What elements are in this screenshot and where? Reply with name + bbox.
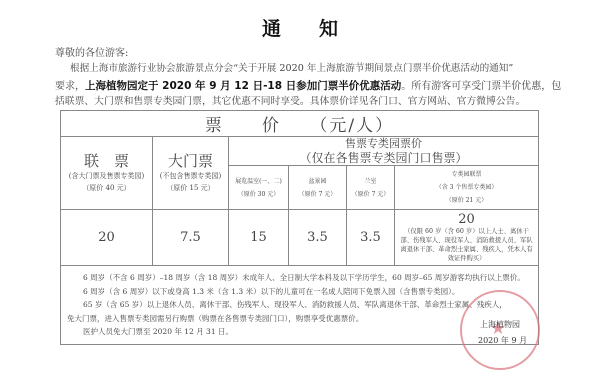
gate-ticket-price: 7.5 xyxy=(153,210,229,266)
garden-orchid-name: 兰室 xyxy=(347,175,394,188)
signature-org: 上海植物园 xyxy=(480,319,520,330)
garden-orchid-price: 3.5 xyxy=(347,210,395,266)
garden-combo-note: （仅限 60 岁（含 60 岁）以上人士、离休干部、伤残军人、现役军人、消防救援… xyxy=(395,227,538,263)
garden-greenhouse-name: 展览温室(一、二) xyxy=(229,175,288,188)
table-header: 票 价 （元/人） xyxy=(61,111,539,137)
official-seal: ★ xyxy=(460,290,540,370)
paragraph-suffix: 。所有游客可享受门票半价优惠，包 xyxy=(401,81,561,92)
gate-ticket-header: 大门票 (不包含售票专类园) （原价 15 元） xyxy=(153,137,229,210)
garden-combo-price: 20 xyxy=(395,213,538,227)
gate-ticket-name: 大门票 xyxy=(153,152,228,170)
paragraph-line-1: 根据上海市旅游行业协会旅游景点分会“关于开展 2020 年上海旅游节期间景点门票… xyxy=(70,60,513,74)
special-garden-title: 售票专类园票价 xyxy=(229,137,538,151)
garden-combo-header: 专类园联票 （含 3 个售票专类园） （原价 21 元） xyxy=(395,166,539,210)
garden-greenhouse-header: 展览温室(一、二) （原价 30 元） xyxy=(229,166,289,210)
note-line: 65 岁（含 65 岁）以上退休人员、离休干部、伤残军人、现役军人、消防救援人员… xyxy=(67,298,532,312)
combo-ticket-header: 联 票 (含大门票及售票专类园) （原价 40 元） xyxy=(61,137,153,210)
garden-bonsai-name: 盆景园 xyxy=(289,175,346,188)
combo-ticket-desc: (含大门票及售票专类园) xyxy=(61,170,152,182)
note-line: 6 周岁（含 6 周岁）以下或身高 1.3 米（含 1.3 米）以下的儿童可在一… xyxy=(67,285,532,299)
gate-ticket-orig-price: （原价 15 元） xyxy=(153,182,228,194)
gate-ticket-desc: (不包含售票专类园) xyxy=(153,170,228,182)
garden-bonsai-orig: （原价 7 元） xyxy=(289,188,346,201)
special-garden-subtitle: （仅在各售票专类园门口售票） xyxy=(229,151,538,165)
special-garden-header: 售票专类园票价 （仅在各售票专类园门口售票） xyxy=(229,137,539,166)
paragraph-highlight: 上海植物园定于 2020 年 9 月 12 日-18 日参加门票半价优惠活动 xyxy=(85,80,401,92)
signature-date: 2020 年 9 月 xyxy=(478,335,527,346)
garden-combo-orig: （原价 21 元） xyxy=(395,194,538,207)
combo-ticket-name: 联 票 xyxy=(61,152,152,170)
salutation: 尊敬的各位游客: xyxy=(55,44,128,59)
garden-bonsai-price: 3.5 xyxy=(289,210,347,266)
garden-combo-price-cell: 20 （仅限 60 岁（含 60 岁）以上人士、离休干部、伤残军人、现役军人、消… xyxy=(395,210,539,266)
combo-ticket-orig-price: （原价 40 元） xyxy=(61,182,152,194)
garden-combo-name: 专类园联票 xyxy=(395,168,538,181)
notice-title: 通知 xyxy=(0,14,600,41)
garden-combo-desc: （含 3 个售票专类园） xyxy=(395,181,538,194)
garden-orchid-orig: （原价 7 元） xyxy=(347,188,394,201)
combo-ticket-price: 20 xyxy=(61,210,153,266)
paragraph-line-3: 括联票、大门票和售票专类园门票，其它优惠不同时享受。具体票价详见各门口、官方网站… xyxy=(55,93,525,107)
garden-greenhouse-orig: （原价 30 元） xyxy=(229,188,288,201)
note-line: 6 周岁（不含 6 周岁）–18 周岁（含 18 周岁）未成年人、全日制大学本科… xyxy=(67,271,532,285)
garden-greenhouse-price: 15 xyxy=(229,210,289,266)
garden-bonsai-header: 盆景园 （原价 7 元） xyxy=(289,166,347,210)
garden-orchid-header: 兰室 （原价 7 元） xyxy=(347,166,395,210)
paragraph-line-2: 要求，上海植物园定于 2020 年 9 月 12 日-18 日参加门票半价优惠活… xyxy=(55,77,561,93)
paragraph-prefix: 要求， xyxy=(55,81,85,92)
